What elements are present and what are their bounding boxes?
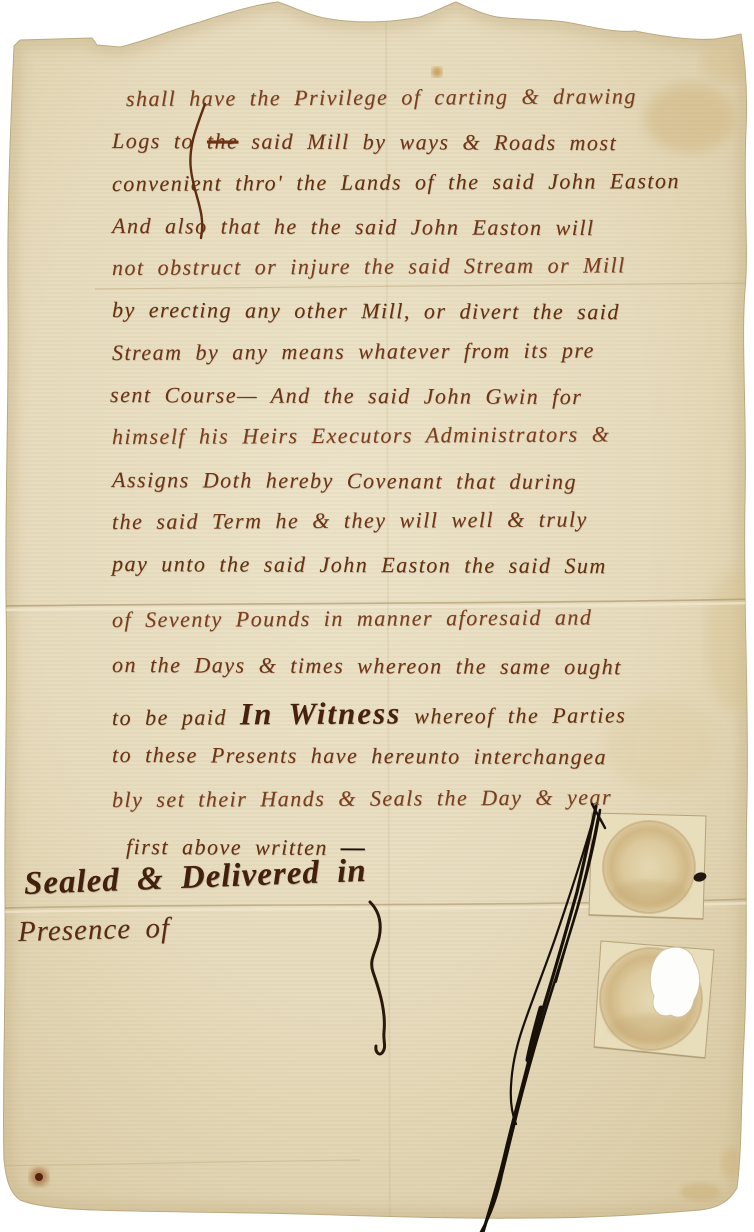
stain-bottom-right: [680, 1183, 720, 1201]
laid-paper-texture: [0, 0, 754, 1232]
scanned-document: shall have the Privilege of carting & dr…: [0, 0, 754, 1232]
stain-bottom-right-2: [721, 1148, 741, 1178]
stain-top-right: [645, 84, 735, 152]
dark-spot-bottom-left: [35, 1173, 43, 1181]
stain-right-lower: [605, 700, 715, 790]
fox-spot-top: [432, 67, 442, 77]
paper-layer: [0, 0, 754, 1232]
